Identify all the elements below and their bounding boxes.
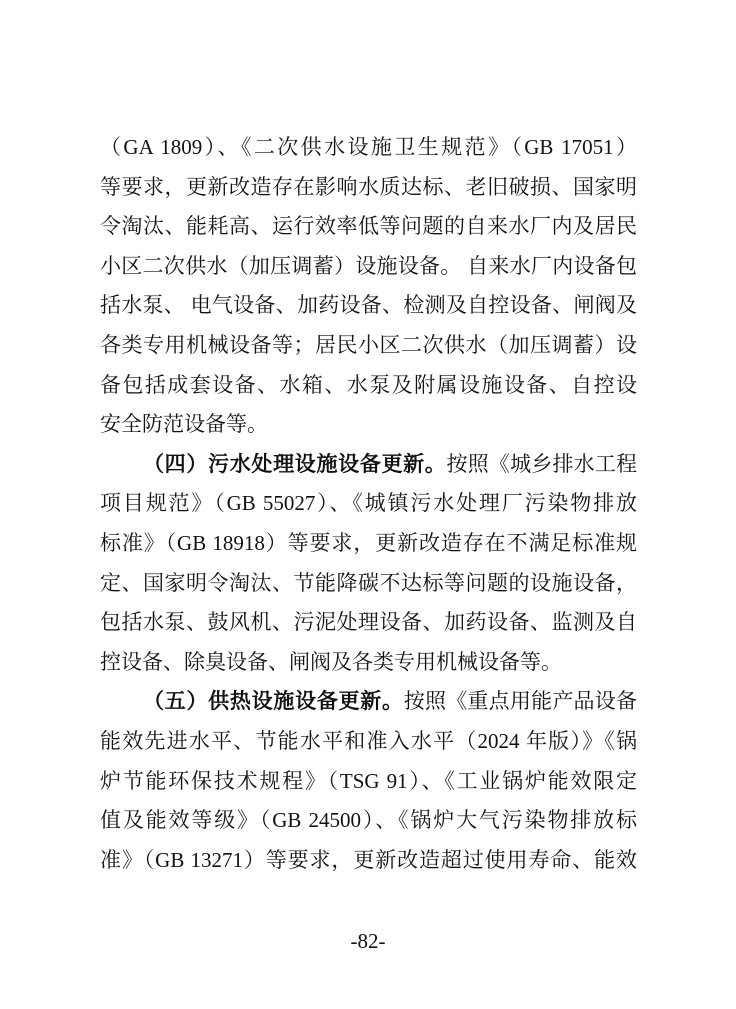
text-line: 项目规范》（GB 55027）、《城镇污水处理厂污染物排放: [100, 484, 637, 524]
text-line: 各类专用机械设备等；居民小区二次供水（加压调蓄）设: [100, 326, 637, 366]
document-text-block: （GA 1809）、《二次供水设施卫生规范》（GB 17051）等要求，更新改造…: [100, 128, 637, 880]
text-line: 安全防范设备等。: [100, 405, 637, 445]
document-page: （GA 1809）、《二次供水设施卫生规范》（GB 17051）等要求，更新改造…: [0, 0, 736, 1009]
text-line: 能效先进水平、节能水平和准入水平（2024 年版）》《锅: [100, 722, 637, 762]
text-line: 备包括成套设备、水箱、水泵及附属设施设备、自控设备、: [100, 366, 637, 406]
section-heading: （五）供热设施设备更新。: [143, 689, 404, 713]
text-line: 值及能效等级》（GB 24500）、《锅炉大气污染物排放标: [100, 801, 637, 841]
section-heading: （四）污水处理设施设备更新。: [143, 452, 447, 476]
page-number: -82-: [0, 928, 736, 954]
text-line: 括水泵、 电气设备、加药设备、检测及自控设备、闸阀及: [100, 286, 637, 326]
text-line: 标准》（GB 18918）等要求，更新改造存在不满足标准规: [100, 524, 637, 564]
text-line: 等要求，更新改造存在影响水质达标、老旧破损、国家明: [100, 168, 637, 208]
text-line: 控设备、除臭设备、闸阀及各类专用机械设备等。: [100, 643, 637, 683]
text-line: 令淘汰、能耗高、运行效率低等问题的自来水厂内及居民: [100, 207, 637, 247]
text-line: （GA 1809）、《二次供水设施卫生规范》（GB 17051）: [100, 128, 637, 168]
text-line: （四）污水处理设施设备更新。按照《城乡排水工程: [100, 445, 637, 485]
text-line: 准》（GB 13271）等要求，更新改造超过使用寿命、能效: [100, 841, 637, 881]
text-line: （五）供热设施设备更新。按照《重点用能产品设备: [100, 682, 637, 722]
text-line: 小区二次供水（加压调蓄）设施设备。 自来水厂内设备包: [100, 247, 637, 287]
text-line: 定、国家明令淘汰、节能降碳不达标等问题的设施设备，: [100, 564, 637, 604]
text-line: 包括水泵、鼓风机、污泥处理设备、加药设备、监测及自: [100, 603, 637, 643]
text-line: 炉节能环保技术规程》（TSG 91）、《工业锅炉能效限定: [100, 762, 637, 802]
